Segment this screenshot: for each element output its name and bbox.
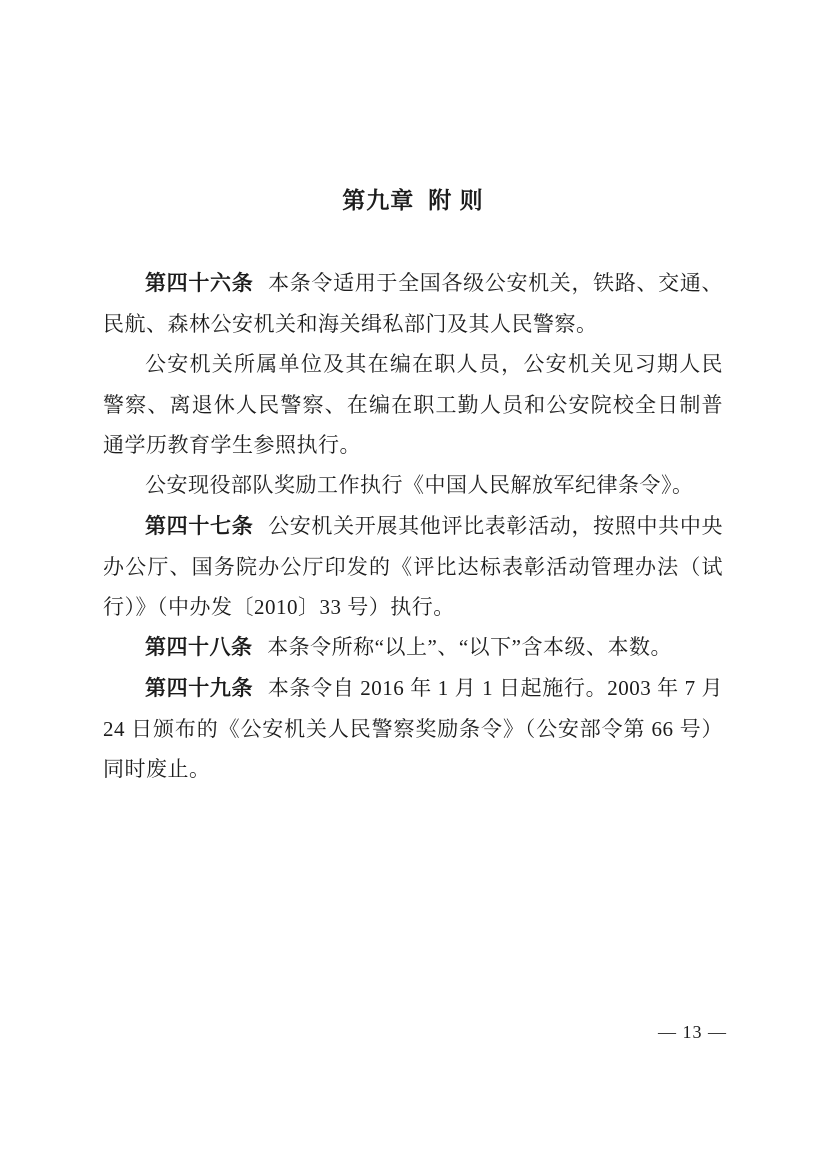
article-paragraph: 第四十九条本条令自 2016 年 1 月 1 日起施行。2003 年 7 月 2… [103,668,723,789]
paragraph-text: 本条令所称“以上”、“以下”含本级、本数。 [267,635,672,659]
text-column: 第九章附 则 第四十六条本条令适用于全国各级公安机关，铁路、交通、民航、森林公安… [103,0,723,789]
chapter-name: 附 则 [428,187,483,213]
chapter-number: 第九章 [342,187,414,213]
page-number: — 13 — [103,1022,727,1042]
article-paragraph: 公安机关所属单位及其在编在职人员，公安机关见习期人民警察、离退休人民警察、在编在… [103,344,723,465]
article-lead: 第四十六条 [145,272,253,295]
article-paragraph: 第四十六条本条令适用于全国各级公安机关，铁路、交通、民航、森林公安机关和海关缉私… [103,263,723,344]
paragraph-text: 公安现役部队奖励工作执行《中国人民解放军纪律条令》。 [145,473,694,497]
article-lead: 第四十七条 [145,515,253,538]
article-lead: 第四十八条 [145,636,253,659]
document-page: 第九章附 则 第四十六条本条令适用于全国各级公安机关，铁路、交通、民航、森林公安… [0,0,826,1169]
chapter-heading: 第九章附 则 [103,188,723,212]
article-lead: 第四十九条 [145,677,253,700]
article-body: 第四十六条本条令适用于全国各级公安机关，铁路、交通、民航、森林公安机关和海关缉私… [103,263,723,789]
article-paragraph: 第四十八条本条令所称“以上”、“以下”含本级、本数。 [103,627,723,668]
article-paragraph: 第四十七条公安机关开展其他评比表彰活动，按照中共中央办公厅、国务院办公厅印发的《… [103,506,723,627]
paragraph-text: 公安机关所属单位及其在编在职人员，公安机关见习期人民警察、离退休人民警察、在编在… [103,352,723,457]
article-paragraph: 公安现役部队奖励工作执行《中国人民解放军纪律条令》。 [103,465,723,506]
